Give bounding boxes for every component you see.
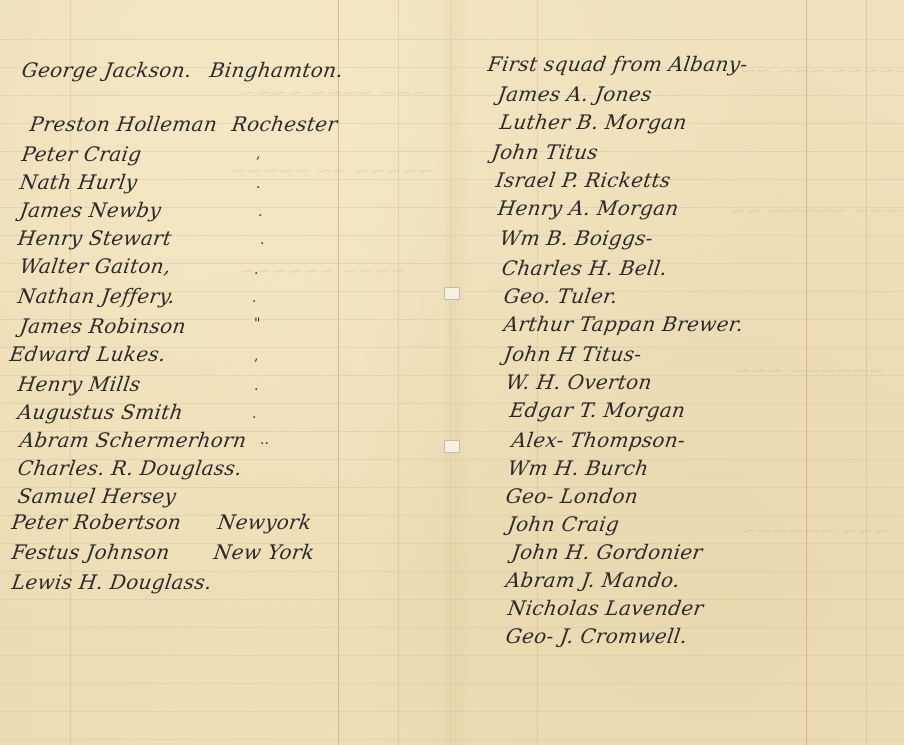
bleed-through-text: ~~~~~ ~~~ ~~ xyxy=(740,60,904,82)
ditto-mark: . xyxy=(256,176,260,192)
entry-name: John Titus xyxy=(490,140,599,164)
binding-stitch-bottom xyxy=(444,440,460,453)
entry-place: Newyork xyxy=(216,510,313,534)
ditto-mark: . xyxy=(254,262,258,278)
ditto-mark: , xyxy=(254,348,258,364)
left-header-name: George Jackson. xyxy=(20,58,193,82)
entry-name: Nathan Jeffery. xyxy=(16,284,176,308)
entry-name: Festus Johnson xyxy=(10,540,171,564)
entry-name: Wm H. Burch xyxy=(506,456,650,480)
entry-name: Henry A. Morgan xyxy=(496,196,680,220)
entry-name: John H Titus- xyxy=(502,342,643,366)
entry-name: Augustus Smith xyxy=(16,400,184,424)
center-fold xyxy=(451,0,453,745)
left-header-place: Binghamton. xyxy=(208,58,345,82)
entry-name: Abram Schermerhorn xyxy=(18,428,248,452)
entry-name: Henry Mills xyxy=(16,372,142,396)
bleed-through-text: ~~~~~ ~~ ~~~~~ xyxy=(230,160,433,182)
entry-name: Samuel Hersey xyxy=(16,484,178,508)
bleed-through-text: ~~~~ ~~~~~ ~~ xyxy=(730,200,904,222)
right-page-column-line-2 xyxy=(866,0,867,745)
entry-name: Lewis H. Douglass. xyxy=(10,570,213,594)
entry-name: James Robinson xyxy=(18,314,187,338)
entry-name: Luther B. Morgan xyxy=(498,110,688,134)
entry-name: James Newby xyxy=(18,198,163,222)
entry-name: Peter Craig xyxy=(20,142,143,166)
ditto-mark: . xyxy=(252,290,256,306)
ditto-mark: . xyxy=(252,406,256,422)
bleed-through-text: ~~~ ~~~~ ~~~~ xyxy=(240,82,427,104)
entry-name: Edgar T. Morgan xyxy=(508,398,687,422)
ditto-mark: " xyxy=(254,316,260,332)
bleed-through-text: ~~~ ~~~~~~ xyxy=(740,520,889,542)
ledger-spread: ~~~ ~~~~ ~~~~ ~~~~~ ~~ ~~~~~ ~~~~ ~~~~~~… xyxy=(0,0,904,745)
ditto-mark: .. xyxy=(260,432,269,448)
entry-name: Edward Lukes. xyxy=(8,342,167,366)
entry-name: Alex- Thompson- xyxy=(510,428,687,452)
entry-name: John Craig xyxy=(506,512,621,536)
entry-name: Wm B. Boiggs- xyxy=(498,226,654,250)
entry-name: Arthur Tappan Brewer. xyxy=(502,312,745,336)
entry-name: Nath Hurly xyxy=(18,170,139,194)
entry-name: Henry Stewart xyxy=(16,226,173,250)
entry-name: Geo- J. Cromwell. xyxy=(504,624,689,648)
ditto-mark: . xyxy=(254,378,258,394)
entry-name: Abram J. Mando. xyxy=(504,568,681,592)
entry-name: W. H. Overton xyxy=(504,370,653,394)
entry-name: Nicholas Lavender xyxy=(506,596,705,620)
ditto-mark: . xyxy=(260,232,264,248)
entry-name: Geo- London xyxy=(504,484,640,508)
entry-name: Charles. R. Douglass. xyxy=(16,456,243,480)
entry-place: New York xyxy=(212,540,316,564)
entry-place: Rochester xyxy=(230,112,339,136)
entry-name: James A. Jones xyxy=(496,82,653,106)
ditto-mark: . xyxy=(258,204,262,220)
left-page-column-line-2 xyxy=(398,0,399,745)
ditto-mark: , xyxy=(256,146,260,162)
entry-name: Geo. Tuler. xyxy=(502,284,619,308)
binding-stitch-top xyxy=(444,287,460,300)
right-header: First squad from Albany- xyxy=(486,52,749,76)
entry-name: Israel P. Ricketts xyxy=(494,168,672,192)
entry-name: Charles H. Bell. xyxy=(500,256,669,280)
entry-name: Peter Robertson xyxy=(10,510,183,534)
entry-name: Walter Gaiton, xyxy=(18,254,172,278)
entry-name: John H. Gordonier xyxy=(510,540,704,564)
bleed-through-text: ~~~~ ~~~~~~ xyxy=(240,260,405,282)
right-page-column-line xyxy=(806,0,807,745)
bleed-through-text: ~~~~~~ ~~~ xyxy=(735,360,884,382)
entry-name: Preston Holleman xyxy=(28,112,218,136)
